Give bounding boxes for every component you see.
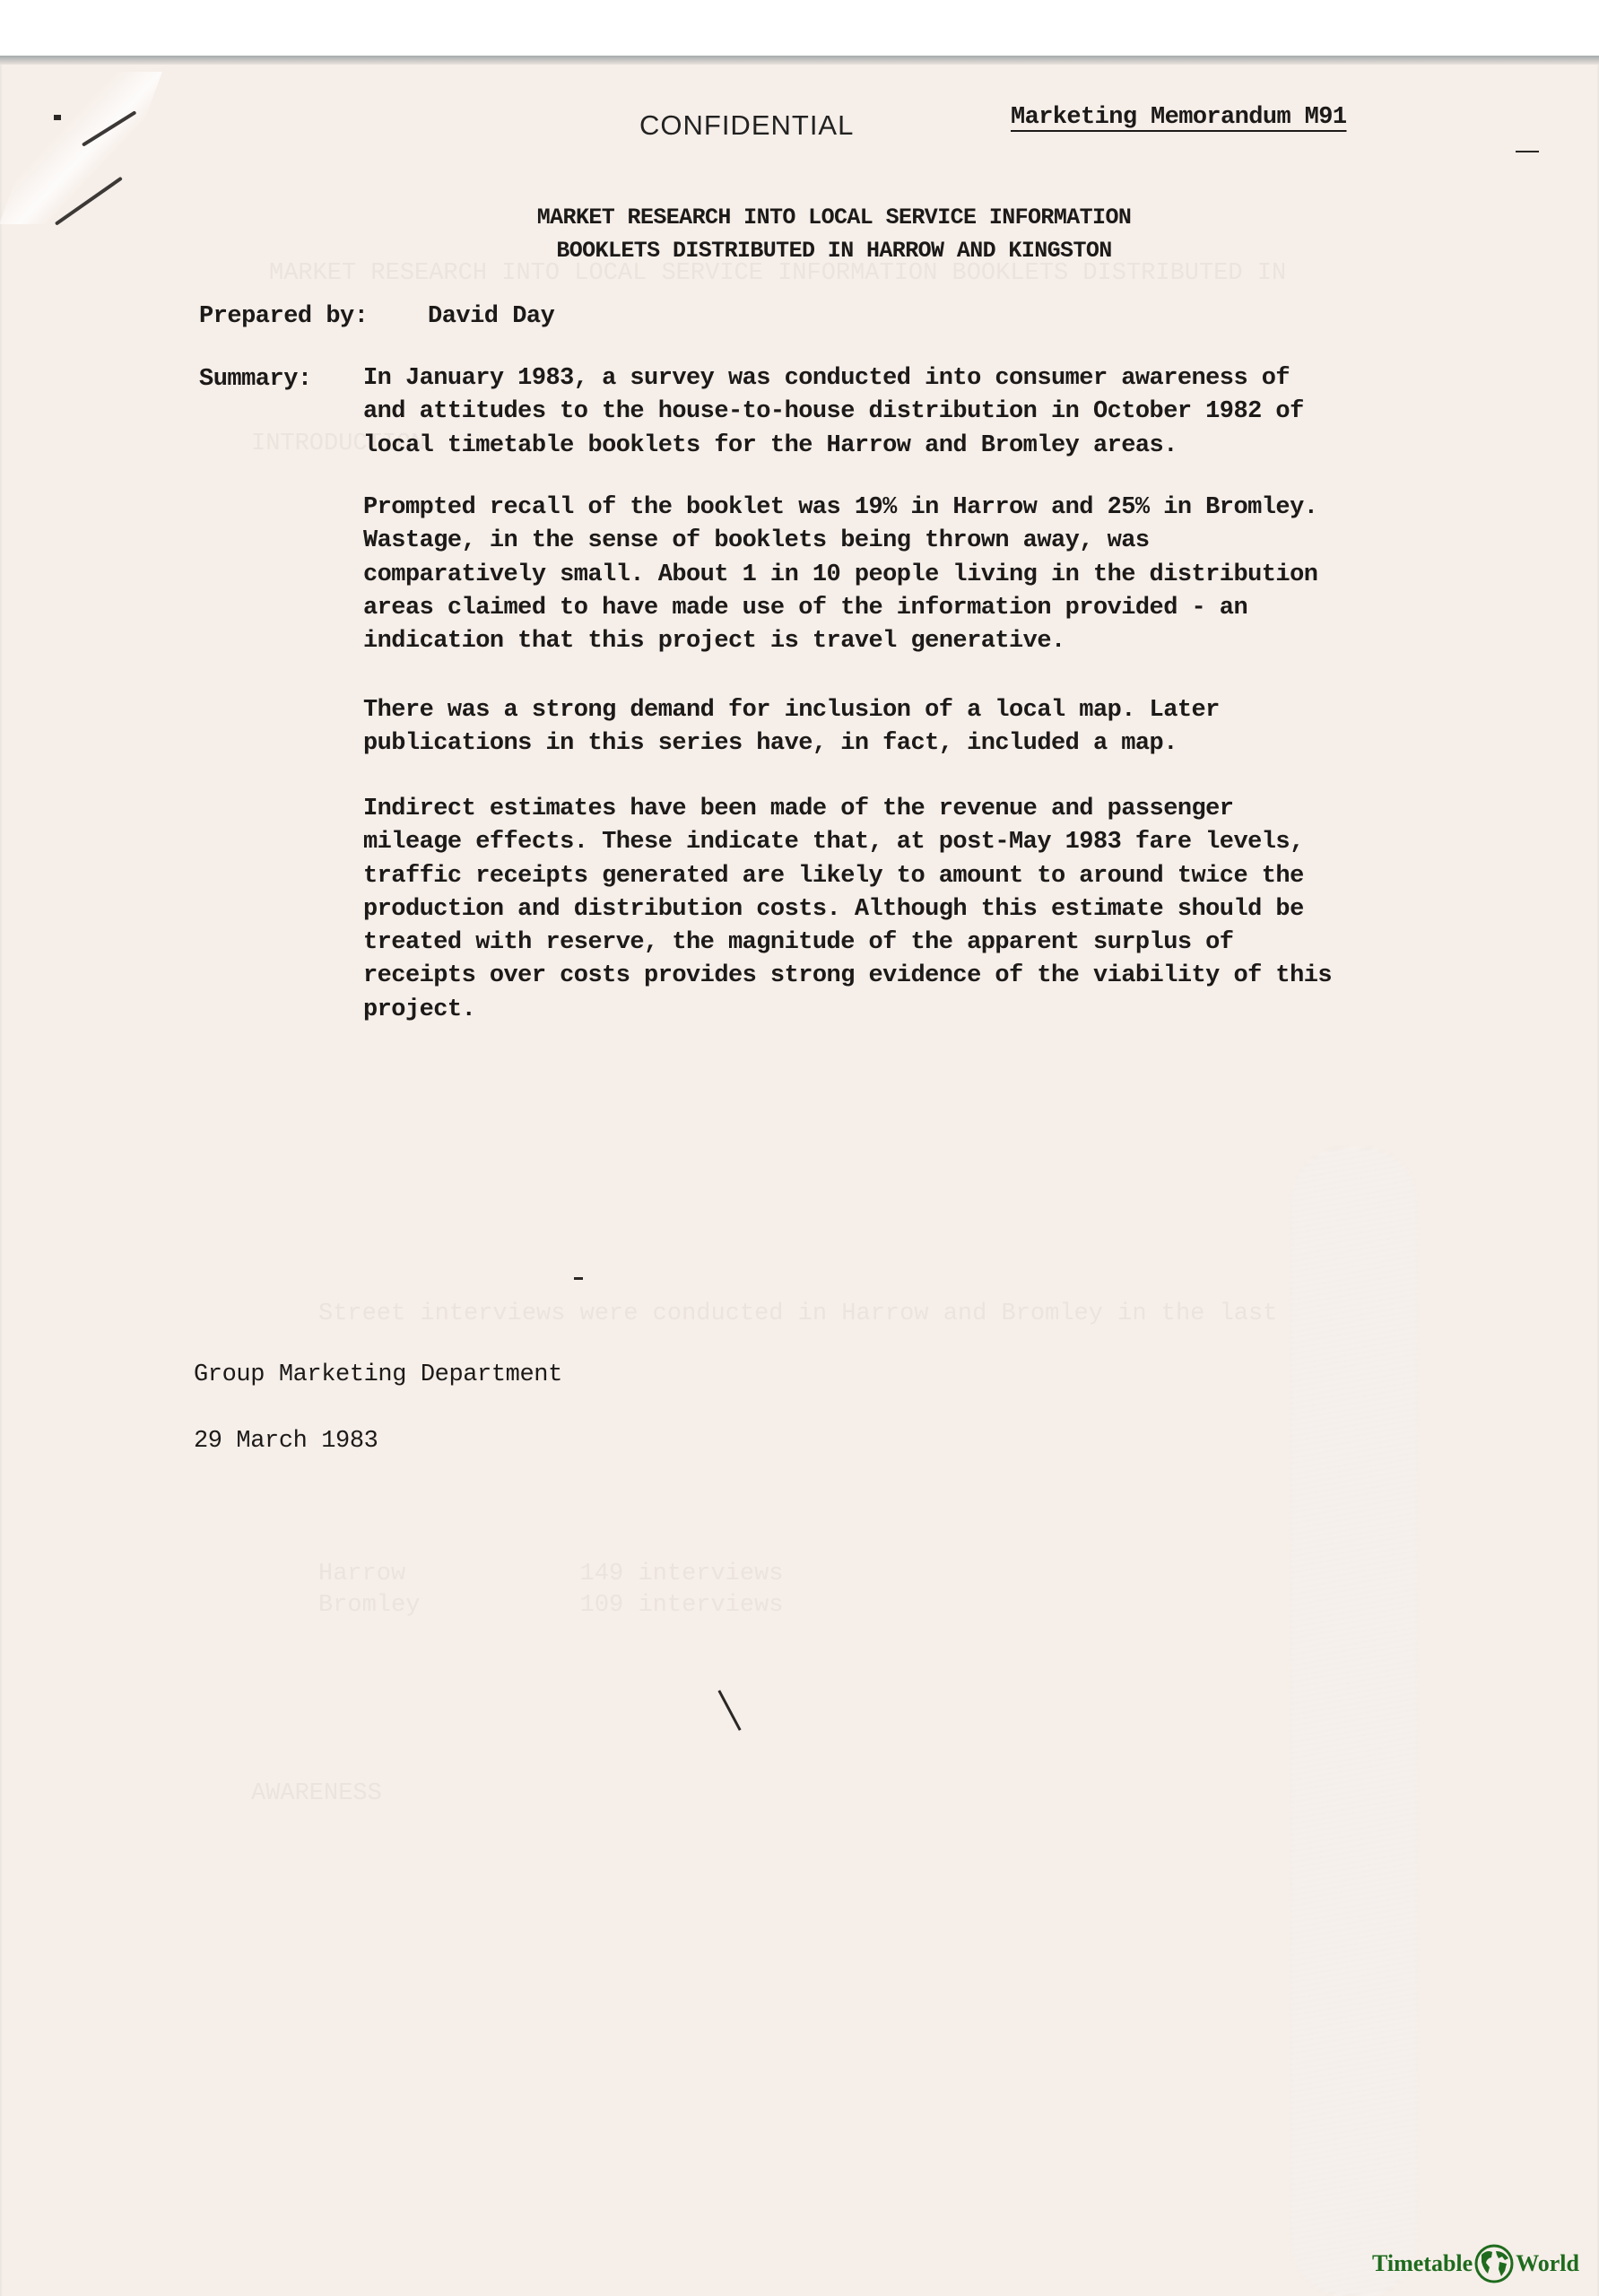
department-name: Group Marketing Department (194, 1359, 562, 1392)
ink-speck (1516, 151, 1539, 152)
summary-label: Summary: (199, 366, 312, 393)
memo-reference: Marketing Memorandum M91 (1011, 104, 1346, 131)
summary-paragraph: Indirect estimates have been made of the… (363, 793, 1511, 1027)
prepared-by-name: David Day (428, 303, 554, 330)
summary-paragraph: In January 1983, a survey was conducted … (363, 362, 1511, 463)
ink-dash (574, 1277, 583, 1280)
document-title-line-1: MARKET RESEARCH INTO LOCAL SERVICE INFOR… (0, 204, 1599, 230)
ink-speck (54, 115, 61, 120)
prepared-by-label: Prepared by: (199, 303, 368, 330)
footer-signature: Group Marketing Department 29 March 1983 (194, 1326, 562, 1492)
watermark-left-text: Timetable (1372, 2250, 1473, 2277)
paper-stain (1291, 1148, 1417, 2296)
summary-paragraph: Prompted recall of the booklet was 19% i… (363, 491, 1511, 658)
memo-date: 29 March 1983 (194, 1425, 562, 1458)
timetable-world-watermark: Timetable World (1372, 2244, 1579, 2283)
globe-icon (1474, 2244, 1514, 2283)
watermark-right-text: World (1516, 2250, 1579, 2277)
document-title-line-2: BOOKLETS DISTRIBUTED IN HARROW AND KINGS… (0, 238, 1599, 264)
page-top-edge (0, 56, 1599, 65)
classification-label: CONFIDENTIAL (639, 109, 854, 142)
summary-paragraph: There was a strong demand for inclusion … (363, 694, 1511, 761)
